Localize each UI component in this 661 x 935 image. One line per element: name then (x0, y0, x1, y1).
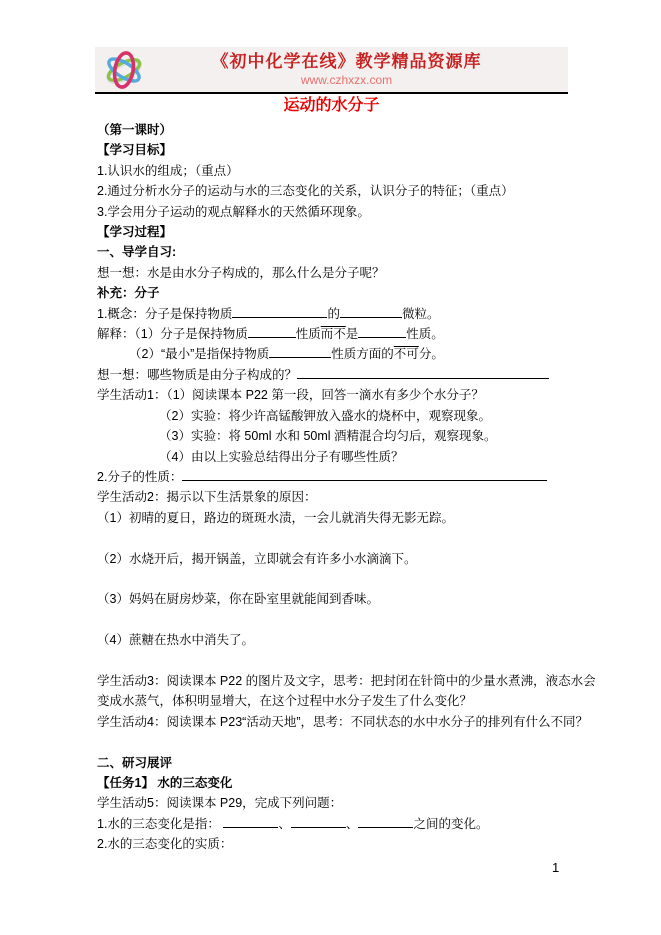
doc-text: 变成水蒸气，体积明显增大，在这个过程中水分子发生了什么变化？ (97, 694, 472, 708)
doc-line: 学生活动3：阅读课本 P22 的图片及文字，思考：把封闭在针筒中的少量水煮沸，液… (97, 671, 568, 691)
doc-text: 解释：（1）分子是保持物质 (97, 327, 248, 341)
doc-text: 而不 (321, 327, 346, 341)
doc-text: 之间的变化。 (413, 817, 488, 831)
doc-text: 【任务1】 水的三态变化 (97, 776, 232, 790)
doc-text: （1）初晴的夏日，路边的斑斑水渍，一会儿就消失得无影无踪。 (97, 511, 454, 525)
doc-line: 【任务1】 水的三态变化 (97, 773, 568, 793)
fill-in-blank (223, 815, 278, 828)
doc-text: 想一想：哪些物质是由分子构成的？ (97, 368, 297, 382)
doc-line: （1）初晴的夏日，路边的斑斑水渍，一会儿就消失得无影无踪。 (97, 508, 568, 528)
doc-text: 1.水的三态变化是指： (97, 817, 223, 831)
doc-text: 性质方面的 (331, 347, 394, 361)
doc-text: 学生活动1：（1）阅读课本 P22 第一段，回答一滴水有多少个水分子？ (97, 388, 484, 402)
fill-in-blank (297, 366, 549, 379)
doc-line (97, 651, 568, 671)
fill-in-blank (248, 325, 296, 338)
doc-line: 2.分子的性质： (97, 467, 568, 487)
doc-line (97, 610, 568, 630)
fill-in-blank (340, 305, 402, 318)
doc-line: （2）水烧开后，揭开锅盖，立即就会有许多小水滴滴下。 (97, 549, 568, 569)
document-body: （第一课时）【学习目标】1.认识水的组成；（重点）2.通过分析水分子的运动与水的… (97, 120, 568, 855)
doc-text: （2）水烧开后，揭开锅盖，立即就会有许多小水滴滴下。 (97, 552, 416, 566)
doc-line: 【学习过程】 (97, 222, 568, 242)
doc-text: （第一课时） (97, 123, 172, 137)
fill-in-blank (358, 815, 413, 828)
banner-text-block: 《初中化学在线》教学精品资源库 www.czhxzx.com (153, 52, 568, 87)
site-banner: 《初中化学在线》教学精品资源库 www.czhxzx.com (95, 47, 568, 92)
doc-text: 2.通过分析水分子的运动与水的三态变化的关系，认识分子的特征；（重点） (97, 184, 514, 198)
fill-in-blank (269, 345, 331, 358)
fill-in-blank (232, 305, 327, 318)
doc-line: 学生活动4：阅读课本 P23“活动天地”，思考：不同状态的水中水分子的排列有什么… (97, 712, 568, 732)
doc-line (97, 732, 568, 752)
doc-line (97, 528, 568, 548)
site-url: www.czhxzx.com (153, 73, 540, 87)
doc-text: （3）实验：将 50ml 水和 50ml 酒精混合均匀后，观察现象。 (159, 429, 497, 443)
doc-text: （2）“最小”是指保持物质 (129, 347, 269, 361)
doc-line: 1.概念：分子是保持物质的微粒。 (97, 304, 568, 324)
doc-text: （4）由以上实验总结得出分子有哪些性质？ (159, 450, 403, 464)
doc-text: 二、研习展评 (97, 756, 172, 770)
doc-text: 学生活动5：阅读课本 P29，完成下列问题： (97, 796, 342, 810)
doc-text: 学生活动4：阅读课本 P23“活动天地”，思考：不同状态的水中水分子的排列有什么… (97, 715, 588, 729)
doc-line: 想一想：水是由水分子构成的，那么什么是分子呢？ (97, 263, 568, 283)
doc-line: 变成水蒸气，体积明显增大，在这个过程中水分子发生了什么变化？ (97, 691, 568, 711)
doc-line (97, 569, 568, 589)
doc-text: （2）实验：将少许高锰酸钾放入盛水的烧杯中，观察现象。 (159, 409, 491, 423)
doc-line: 解释：（1）分子是保持物质性质而不是性质。 (97, 324, 568, 344)
doc-line: 2.水的三态变化的实质： (97, 834, 568, 854)
document-title: 运动的水分子 (95, 95, 568, 117)
doc-text: 、 (346, 817, 359, 831)
doc-text: 2.分子的性质： (97, 470, 182, 484)
doc-text: （4）蔗糖在热水中消失了。 (97, 633, 254, 647)
doc-line: （2）“最小”是指保持物质性质方面的不可分。 (97, 344, 568, 364)
doc-line: 想一想：哪些物质是由分子构成的？ (97, 365, 568, 385)
header-divider (95, 92, 568, 94)
doc-line: （4）由以上实验总结得出分子有哪些性质？ (97, 447, 568, 467)
doc-text: 学生活动2：揭示以下生活景象的原因： (97, 490, 316, 504)
doc-line: 1.认识水的组成；（重点） (97, 161, 568, 181)
doc-line: 2.通过分析水分子的运动与水的三态变化的关系，认识分子的特征；（重点） (97, 181, 568, 201)
doc-text: 性质 (296, 327, 321, 341)
doc-line: 学生活动5：阅读课本 P29，完成下列问题： (97, 793, 568, 813)
doc-line: （4）蔗糖在热水中消失了。 (97, 630, 568, 650)
doc-line: 【学习目标】 (97, 140, 568, 160)
doc-line: 3.学会用分子运动的观点解释水的天然循环现象。 (97, 202, 568, 222)
doc-line: 二、研习展评 (97, 753, 568, 773)
doc-text: 性质。 (406, 327, 444, 341)
fill-in-blank (358, 325, 406, 338)
page-number: 1 (552, 860, 559, 875)
doc-text: 学生活动3：阅读课本 P22 的图片及文字，思考：把封闭在针筒中的少量水煮沸，液… (97, 674, 596, 688)
doc-line: 学生活动1：（1）阅读课本 P22 第一段，回答一滴水有多少个水分子？ (97, 385, 568, 405)
worksheet-page: 《初中化学在线》教学精品资源库 www.czhxzx.com 运动的水分子 （第… (0, 0, 661, 935)
atom-icon (101, 48, 147, 92)
doc-line: （第一课时） (97, 120, 568, 140)
doc-text: 、 (278, 817, 291, 831)
doc-line: 一、导学自习: (97, 242, 568, 262)
doc-line: （2）实验：将少许高锰酸钾放入盛水的烧杯中，观察现象。 (97, 406, 568, 426)
doc-text: 2.水的三态变化的实质： (97, 837, 232, 851)
doc-line: （3）妈妈在厨房炒菜，你在卧室里就能闻到香味。 (97, 589, 568, 609)
doc-text: 【学习目标】 (97, 143, 172, 157)
doc-text: 3.学会用分子运动的观点解释水的天然循环现象。 (97, 205, 370, 219)
doc-text: 的 (327, 307, 340, 321)
doc-line: 学生活动2：揭示以下生活景象的原因： (97, 487, 568, 507)
fill-in-blank (291, 815, 346, 828)
doc-text: 是 (346, 327, 359, 341)
doc-line: 补充：分子 (97, 283, 568, 303)
doc-text: 分。 (419, 347, 444, 361)
site-logo (95, 48, 153, 92)
doc-text: 不可 (394, 347, 419, 361)
doc-line: 1.水的三态变化是指： 、、之间的变化。 (97, 814, 568, 834)
doc-text: 微粒。 (402, 307, 440, 321)
doc-text: 1.概念：分子是保持物质 (97, 307, 232, 321)
doc-line: （3）实验：将 50ml 水和 50ml 酒精混合均匀后，观察现象。 (97, 426, 568, 446)
doc-text: 一、导学自习: (97, 245, 176, 259)
doc-text: 1.认识水的组成；（重点） (97, 164, 239, 178)
doc-text: （3）妈妈在厨房炒菜，你在卧室里就能闻到香味。 (97, 592, 379, 606)
doc-text: 【学习过程】 (97, 225, 172, 239)
fill-in-blank (182, 468, 547, 481)
doc-text: 想一想：水是由水分子构成的，那么什么是分子呢？ (97, 266, 385, 280)
site-name: 《初中化学在线》教学精品资源库 (153, 52, 540, 72)
doc-text: 补充：分子 (97, 286, 160, 300)
